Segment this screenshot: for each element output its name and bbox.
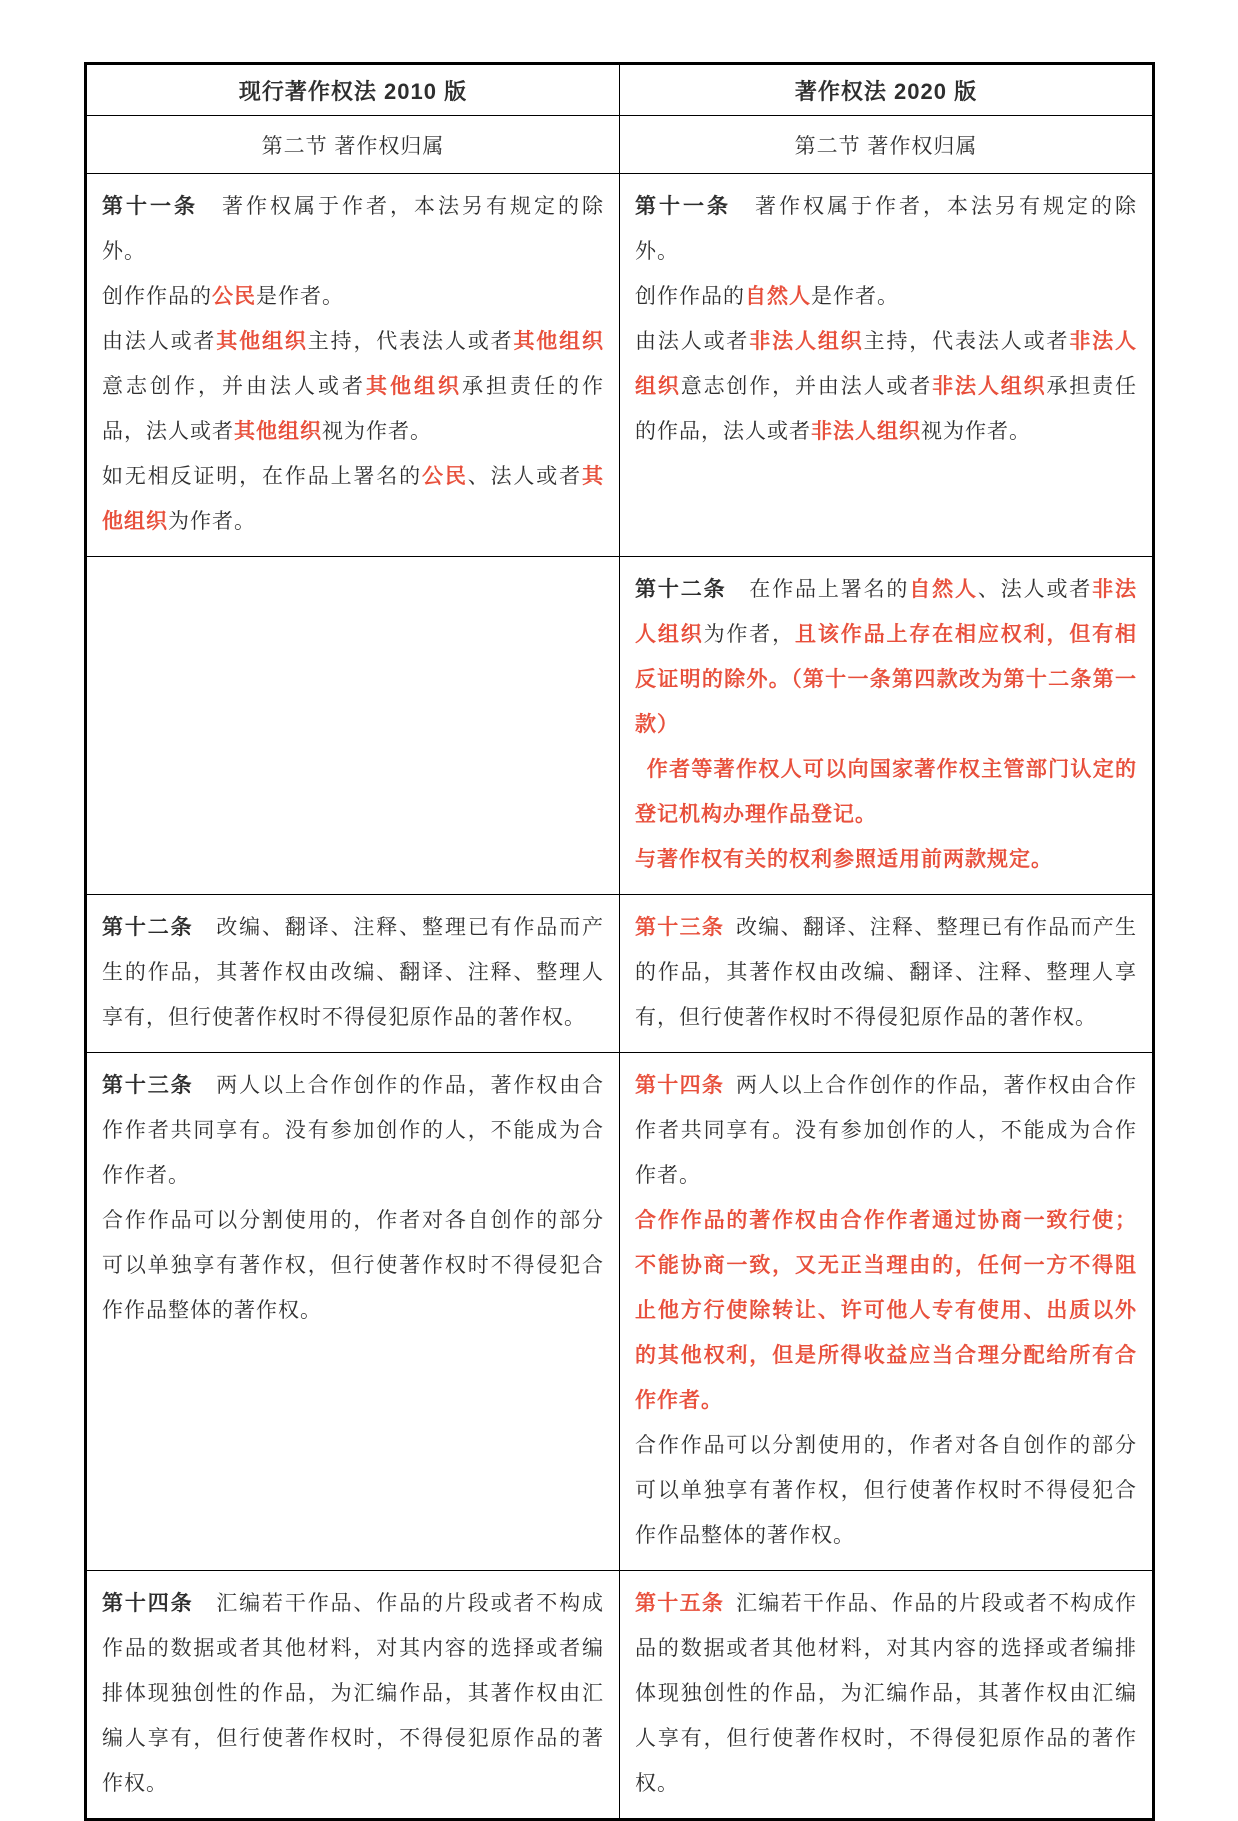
paragraph: 第十一条 著作权属于作者，本法另有规定的除外。: [102, 184, 604, 274]
article-cell-right: 第十五条 汇编若干作品、作品的片段或者不构成作品的数据或者其他材料，对其内容的选…: [620, 1571, 1154, 1820]
paragraph: 如无相反证明，在作品上署名的公民、法人或者其他组织为作者。: [102, 454, 604, 544]
text-run: 作者等著作权人可以向国家著作权主管部门认定的登记机构办理作品登记。: [635, 758, 1137, 826]
section-title-left: 第二节 著作权归属: [86, 116, 620, 174]
article-cell-right: 第十三条 改编、翻译、注释、整理已有作品而产生的作品，其著作权由改编、翻译、注释…: [620, 895, 1154, 1053]
text-run: 其他组织: [366, 375, 462, 398]
text-run: 非法人组织: [749, 330, 863, 353]
text-run: 非法人组织: [932, 375, 1046, 398]
paragraph: 由法人或者非法人组织主持，代表法人或者非法人组织意志创作，并由法人或者非法人组织…: [635, 319, 1137, 454]
text-run: 非法人组织: [811, 420, 921, 443]
paragraph: 第十五条 汇编若干作品、作品的片段或者不构成作品的数据或者其他材料，对其内容的选…: [635, 1581, 1137, 1806]
text-run: 第十一条: [635, 195, 731, 218]
section-title-row: 第二节 著作权归属 第二节 著作权归属: [86, 116, 1154, 174]
text-run: 合作作品可以分割使用的，作者对各自创作的部分可以单独享有著作权，但行使著作权时不…: [635, 1434, 1137, 1547]
column-header-2020: 著作权法 2020 版: [620, 64, 1154, 116]
text-run: 、法人或者: [468, 465, 582, 488]
text-run: 第十四条: [635, 1074, 724, 1097]
text-run: 自然人: [909, 578, 978, 601]
article-cell-left: 第十二条 改编、翻译、注释、整理已有作品而产生的作品，其著作权由改编、翻译、注释…: [86, 895, 620, 1053]
paragraph: 第十四条 两人以上合作创作的作品，著作权由合作作者共同享有。没有参加创作的人，不…: [635, 1063, 1137, 1198]
text-run: 如无相反证明，在作品上署名的: [102, 465, 422, 488]
text-run: 第十二条: [635, 578, 726, 601]
paragraph: 与著作权有关的权利参照适用前两款规定。: [635, 837, 1137, 882]
article-cell-right: 第十二条 在作品上署名的自然人、法人或者非法人组织为作者，且该作品上存在相应权利…: [620, 557, 1154, 895]
text-run: 第十四条: [102, 1592, 193, 1615]
paragraph: 第十一条 著作权属于作者，本法另有规定的除外。: [635, 184, 1137, 274]
text-run: 由法人或者: [102, 330, 216, 353]
paragraph: 由法人或者其他组织主持，代表法人或者其他组织意志创作，并由法人或者其他组织承担责…: [102, 319, 604, 454]
text-run: 公民: [422, 465, 468, 488]
article-cell-right: 第十四条 两人以上合作创作的作品，著作权由合作作者共同享有。没有参加创作的人，不…: [620, 1053, 1154, 1571]
text-run: 是作者。: [811, 285, 899, 308]
section-title-right: 第二节 著作权归属: [620, 116, 1154, 174]
law-comparison-table: 现行著作权法 2010 版 著作权法 2020 版 第二节 著作权归属 第二节 …: [84, 62, 1155, 1821]
article-cell-right: 第十一条 著作权属于作者，本法另有规定的除外。创作作品的自然人是作者。由法人或者…: [620, 174, 1154, 557]
text-run: 在作品上署名的: [726, 578, 909, 601]
text-run: 其他组织: [216, 330, 307, 353]
column-header-2010: 现行著作权法 2010 版: [86, 64, 620, 116]
article-cell-left: 第十三条 两人以上合作创作的作品，著作权由合作作者共同享有。没有参加创作的人，不…: [86, 1053, 620, 1571]
text-run: 为作者，: [704, 623, 795, 646]
paragraph: 合作作品可以分割使用的，作者对各自创作的部分可以单独享有著作权，但行使著作权时不…: [635, 1423, 1137, 1558]
text-run: 主持，代表法人或者: [864, 330, 1070, 353]
text-run: 第十五条: [635, 1592, 724, 1615]
text-run: 创作作品的: [102, 285, 212, 308]
article-row: 第十二条 在作品上署名的自然人、法人或者非法人组织为作者，且该作品上存在相应权利…: [86, 557, 1154, 895]
text-run: 第十三条: [102, 1074, 193, 1097]
paragraph: 第十四条 汇编若干作品、作品的片段或者不构成作品的数据或者其他材料，对其内容的选…: [102, 1581, 604, 1806]
text-run: 主持，代表法人或者: [308, 330, 514, 353]
text-run: 创作作品的: [635, 285, 745, 308]
table-header-row: 现行著作权法 2010 版 著作权法 2020 版: [86, 64, 1154, 116]
paragraph: 合作作品可以分割使用的，作者对各自创作的部分可以单独享有著作权，但行使著作权时不…: [102, 1198, 604, 1333]
document-page: 现行著作权法 2010 版 著作权法 2020 版 第二节 著作权归属 第二节 …: [0, 0, 1238, 1821]
article-cell-left: 第十四条 汇编若干作品、作品的片段或者不构成作品的数据或者其他材料，对其内容的选…: [86, 1571, 620, 1820]
article-row: 第十三条 两人以上合作创作的作品，著作权由合作作者共同享有。没有参加创作的人，不…: [86, 1053, 1154, 1571]
paragraph: 第十二条 改编、翻译、注释、整理已有作品而产生的作品，其著作权由改编、翻译、注释…: [102, 905, 604, 1040]
text-run: 、法人或者: [978, 578, 1092, 601]
paragraph: 创作作品的自然人是作者。: [635, 274, 1137, 319]
text-run: 视为作者。: [921, 420, 1031, 443]
text-run: 汇编若干作品、作品的片段或者不构成作品的数据或者其他材料，对其内容的选择或者编排…: [635, 1592, 1137, 1795]
article-cell-left: [86, 557, 620, 895]
text-run: 自然人: [745, 285, 811, 308]
text-run: 合作作品可以分割使用的，作者对各自创作的部分可以单独享有著作权，但行使著作权时不…: [102, 1209, 604, 1322]
text-run: 第十三条: [635, 916, 724, 939]
text-run: 汇编若干作品、作品的片段或者不构成作品的数据或者其他材料，对其内容的选择或者编排…: [102, 1592, 604, 1795]
paragraph: 作者等著作权人可以向国家著作权主管部门认定的登记机构办理作品登记。: [635, 747, 1137, 837]
text-run: 第十二条: [102, 916, 193, 939]
text-run: 意志创作，并由法人或者: [102, 375, 366, 398]
text-run: 合作作品的著作权由合作作者通过协商一致行使；不能协商一致，又无正当理由的，任何一…: [635, 1209, 1137, 1412]
text-run: 意志创作，并由法人或者: [681, 375, 932, 398]
article-row: 第十四条 汇编若干作品、作品的片段或者不构成作品的数据或者其他材料，对其内容的选…: [86, 1571, 1154, 1820]
text-run: 与著作权有关的权利参照适用前两款规定。: [635, 848, 1053, 871]
text-run: 由法人或者: [635, 330, 749, 353]
paragraph: 第十三条 改编、翻译、注释、整理已有作品而产生的作品，其著作权由改编、翻译、注释…: [635, 905, 1137, 1040]
text-run: 是作者。: [256, 285, 344, 308]
paragraph: 合作作品的著作权由合作作者通过协商一致行使；不能协商一致，又无正当理由的，任何一…: [635, 1198, 1137, 1423]
text-run: 其他组织: [513, 330, 604, 353]
paragraph: 创作作品的公民是作者。: [102, 274, 604, 319]
article-row: 第十一条 著作权属于作者，本法另有规定的除外。创作作品的公民是作者。由法人或者其…: [86, 174, 1154, 557]
article-cell-left: 第十一条 著作权属于作者，本法另有规定的除外。创作作品的公民是作者。由法人或者其…: [86, 174, 620, 557]
text-run: 为作者。: [168, 510, 256, 533]
text-run: 视为作者。: [322, 420, 432, 443]
text-run: 其他组织: [234, 420, 322, 443]
paragraph: 第十三条 两人以上合作创作的作品，著作权由合作作者共同享有。没有参加创作的人，不…: [102, 1063, 604, 1198]
paragraph: 第十二条 在作品上署名的自然人、法人或者非法人组织为作者，且该作品上存在相应权利…: [635, 567, 1137, 747]
article-row: 第十二条 改编、翻译、注释、整理已有作品而产生的作品，其著作权由改编、翻译、注释…: [86, 895, 1154, 1053]
text-run: 公民: [212, 285, 256, 308]
text-run: 第十一条: [102, 195, 198, 218]
